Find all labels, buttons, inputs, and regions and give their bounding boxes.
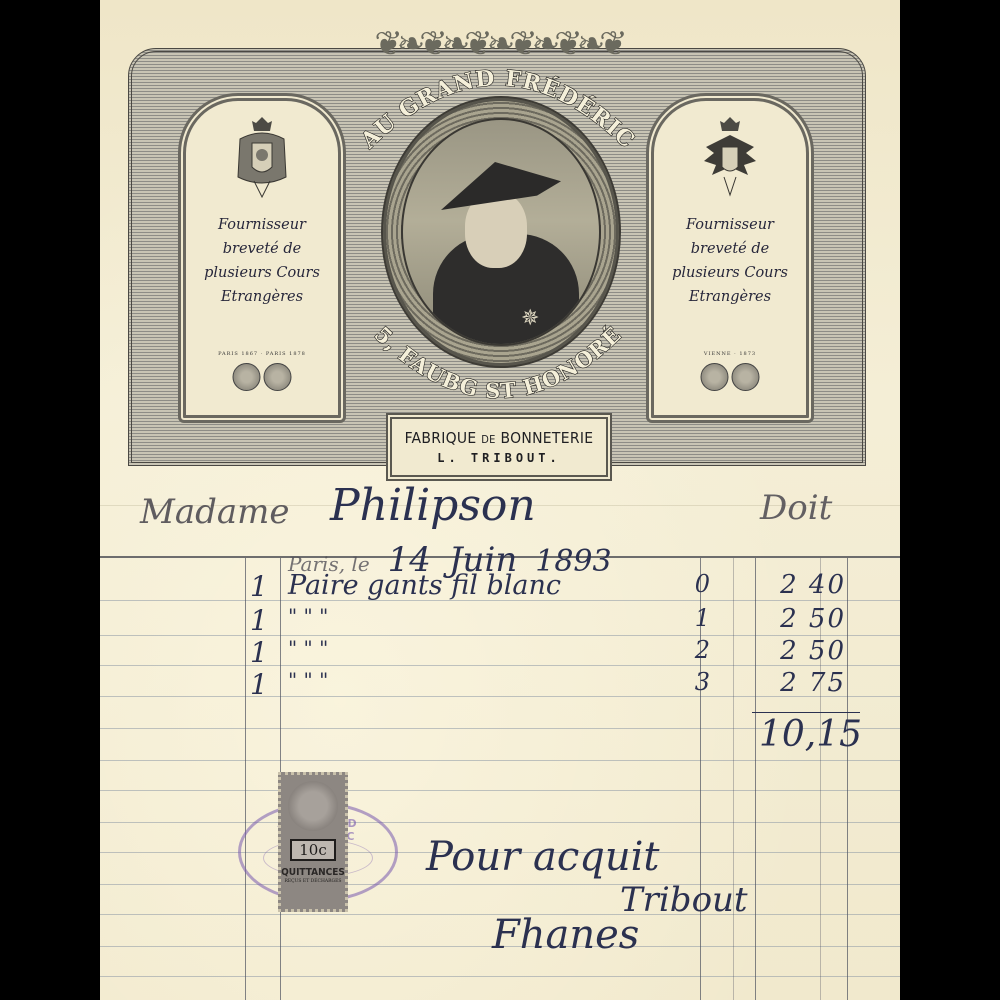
trade-de: DE bbox=[481, 433, 495, 446]
royal-coat-of-arms-icon bbox=[234, 117, 290, 201]
exhibition-medals bbox=[701, 363, 760, 391]
client-name: Philipson bbox=[330, 480, 536, 531]
item-qty: 1 bbox=[250, 636, 268, 669]
medal-caption: PARIS 1867 · PARIS 1878 bbox=[186, 351, 338, 357]
item-size: 3 bbox=[600, 668, 710, 696]
medal-icon bbox=[732, 363, 760, 391]
item-qty: 1 bbox=[250, 570, 268, 603]
invoice-paper: ❦❧❦❧❦❧❦❧❦❧❦ Fournisseur breveté de plusi… bbox=[100, 0, 900, 1000]
stamp-value: 10c bbox=[290, 839, 336, 861]
warrant-text: Fournisseur breveté de plusieurs Cours E… bbox=[654, 213, 806, 309]
handwritten-signature: Fhanes bbox=[492, 912, 639, 958]
item-description: " " " bbox=[288, 604, 328, 628]
warrant-text: Fournisseur breveté de plusieurs Cours E… bbox=[186, 213, 338, 309]
line-item: 1 Paire gants fil blanc 0 2 40 bbox=[100, 570, 900, 608]
warrant-line: Fournisseur bbox=[654, 213, 806, 237]
ruled-line bbox=[100, 790, 900, 791]
trade-line: FABRIQUE DE BONNETERIE bbox=[392, 429, 606, 447]
letterhead: ❦❧❦❧❦❧❦❧❦❧❦ Fournisseur breveté de plusi… bbox=[128, 48, 866, 466]
medal-icon bbox=[233, 363, 261, 391]
right-warrant-panel: Fournisseur breveté de plusieurs Cours E… bbox=[646, 93, 814, 423]
acquit-note: Pour acquit bbox=[426, 834, 659, 880]
warrant-line: breveté de bbox=[186, 237, 338, 261]
warrant-line: breveté de bbox=[654, 237, 806, 261]
warrant-line: Etrangères bbox=[186, 285, 338, 309]
warrant-line: Fournisseur bbox=[186, 213, 338, 237]
stamp-label: QUITTANCES bbox=[281, 867, 345, 878]
marianne-head-icon bbox=[288, 781, 338, 831]
medal-icon bbox=[701, 363, 729, 391]
left-warrant-panel: Fournisseur breveté de plusieurs Cours E… bbox=[178, 93, 346, 423]
item-qty: 1 bbox=[250, 668, 268, 701]
item-price: 2 50 bbox=[760, 604, 846, 634]
total-underline bbox=[752, 712, 860, 713]
business-sign: FABRIQUE DE BONNETERIE L. TRIBOUT. bbox=[386, 413, 612, 481]
medal-caption: VIENNE · 1873 bbox=[654, 351, 806, 357]
trade-word: FABRIQUE bbox=[405, 429, 477, 447]
item-size: 0 bbox=[600, 570, 710, 598]
ruled-line bbox=[100, 884, 900, 885]
double-headed-eagle-icon bbox=[702, 117, 758, 201]
doit-label: Doit bbox=[760, 488, 832, 528]
ruled-line bbox=[100, 976, 900, 977]
exhibition-medals bbox=[233, 363, 292, 391]
item-description: Paire gants fil blanc bbox=[288, 570, 561, 601]
item-price: 2 75 bbox=[760, 668, 846, 698]
warrant-line: Etrangères bbox=[654, 285, 806, 309]
warrant-line: plusieurs Cours bbox=[654, 261, 806, 285]
item-qty: 1 bbox=[250, 604, 268, 637]
stamp-sublabel: REÇUS ET DÉCHARGES bbox=[281, 879, 345, 884]
trade-goods: BONNETERIE bbox=[500, 429, 593, 447]
item-description: " " " bbox=[288, 636, 328, 660]
ruled-line bbox=[100, 760, 900, 761]
warrant-line: plusieurs Cours bbox=[186, 261, 338, 285]
item-price: 2 50 bbox=[760, 636, 846, 666]
medal-icon bbox=[264, 363, 292, 391]
invoice-total: 10,15 bbox=[752, 714, 862, 755]
shop-address: 5, FAUBG ST HONORÉ bbox=[370, 321, 626, 403]
svg-text:5, FAUBG ST HONORÉ: 5, FAUBG ST HONORÉ bbox=[370, 321, 626, 403]
line-item: 1 " " " 3 2 75 bbox=[100, 668, 900, 706]
salutation: Madame bbox=[140, 492, 289, 532]
item-size: 2 bbox=[600, 636, 710, 664]
item-description: " " " bbox=[288, 668, 328, 692]
ruled-line bbox=[100, 822, 900, 823]
item-size: 1 bbox=[600, 604, 710, 632]
revenue-stamp: 10c QUITTANCES REÇUS ET DÉCHARGES bbox=[278, 772, 348, 912]
item-price: 2 40 bbox=[760, 570, 846, 600]
proprietor-name: L. TRIBOUT. bbox=[392, 451, 606, 465]
